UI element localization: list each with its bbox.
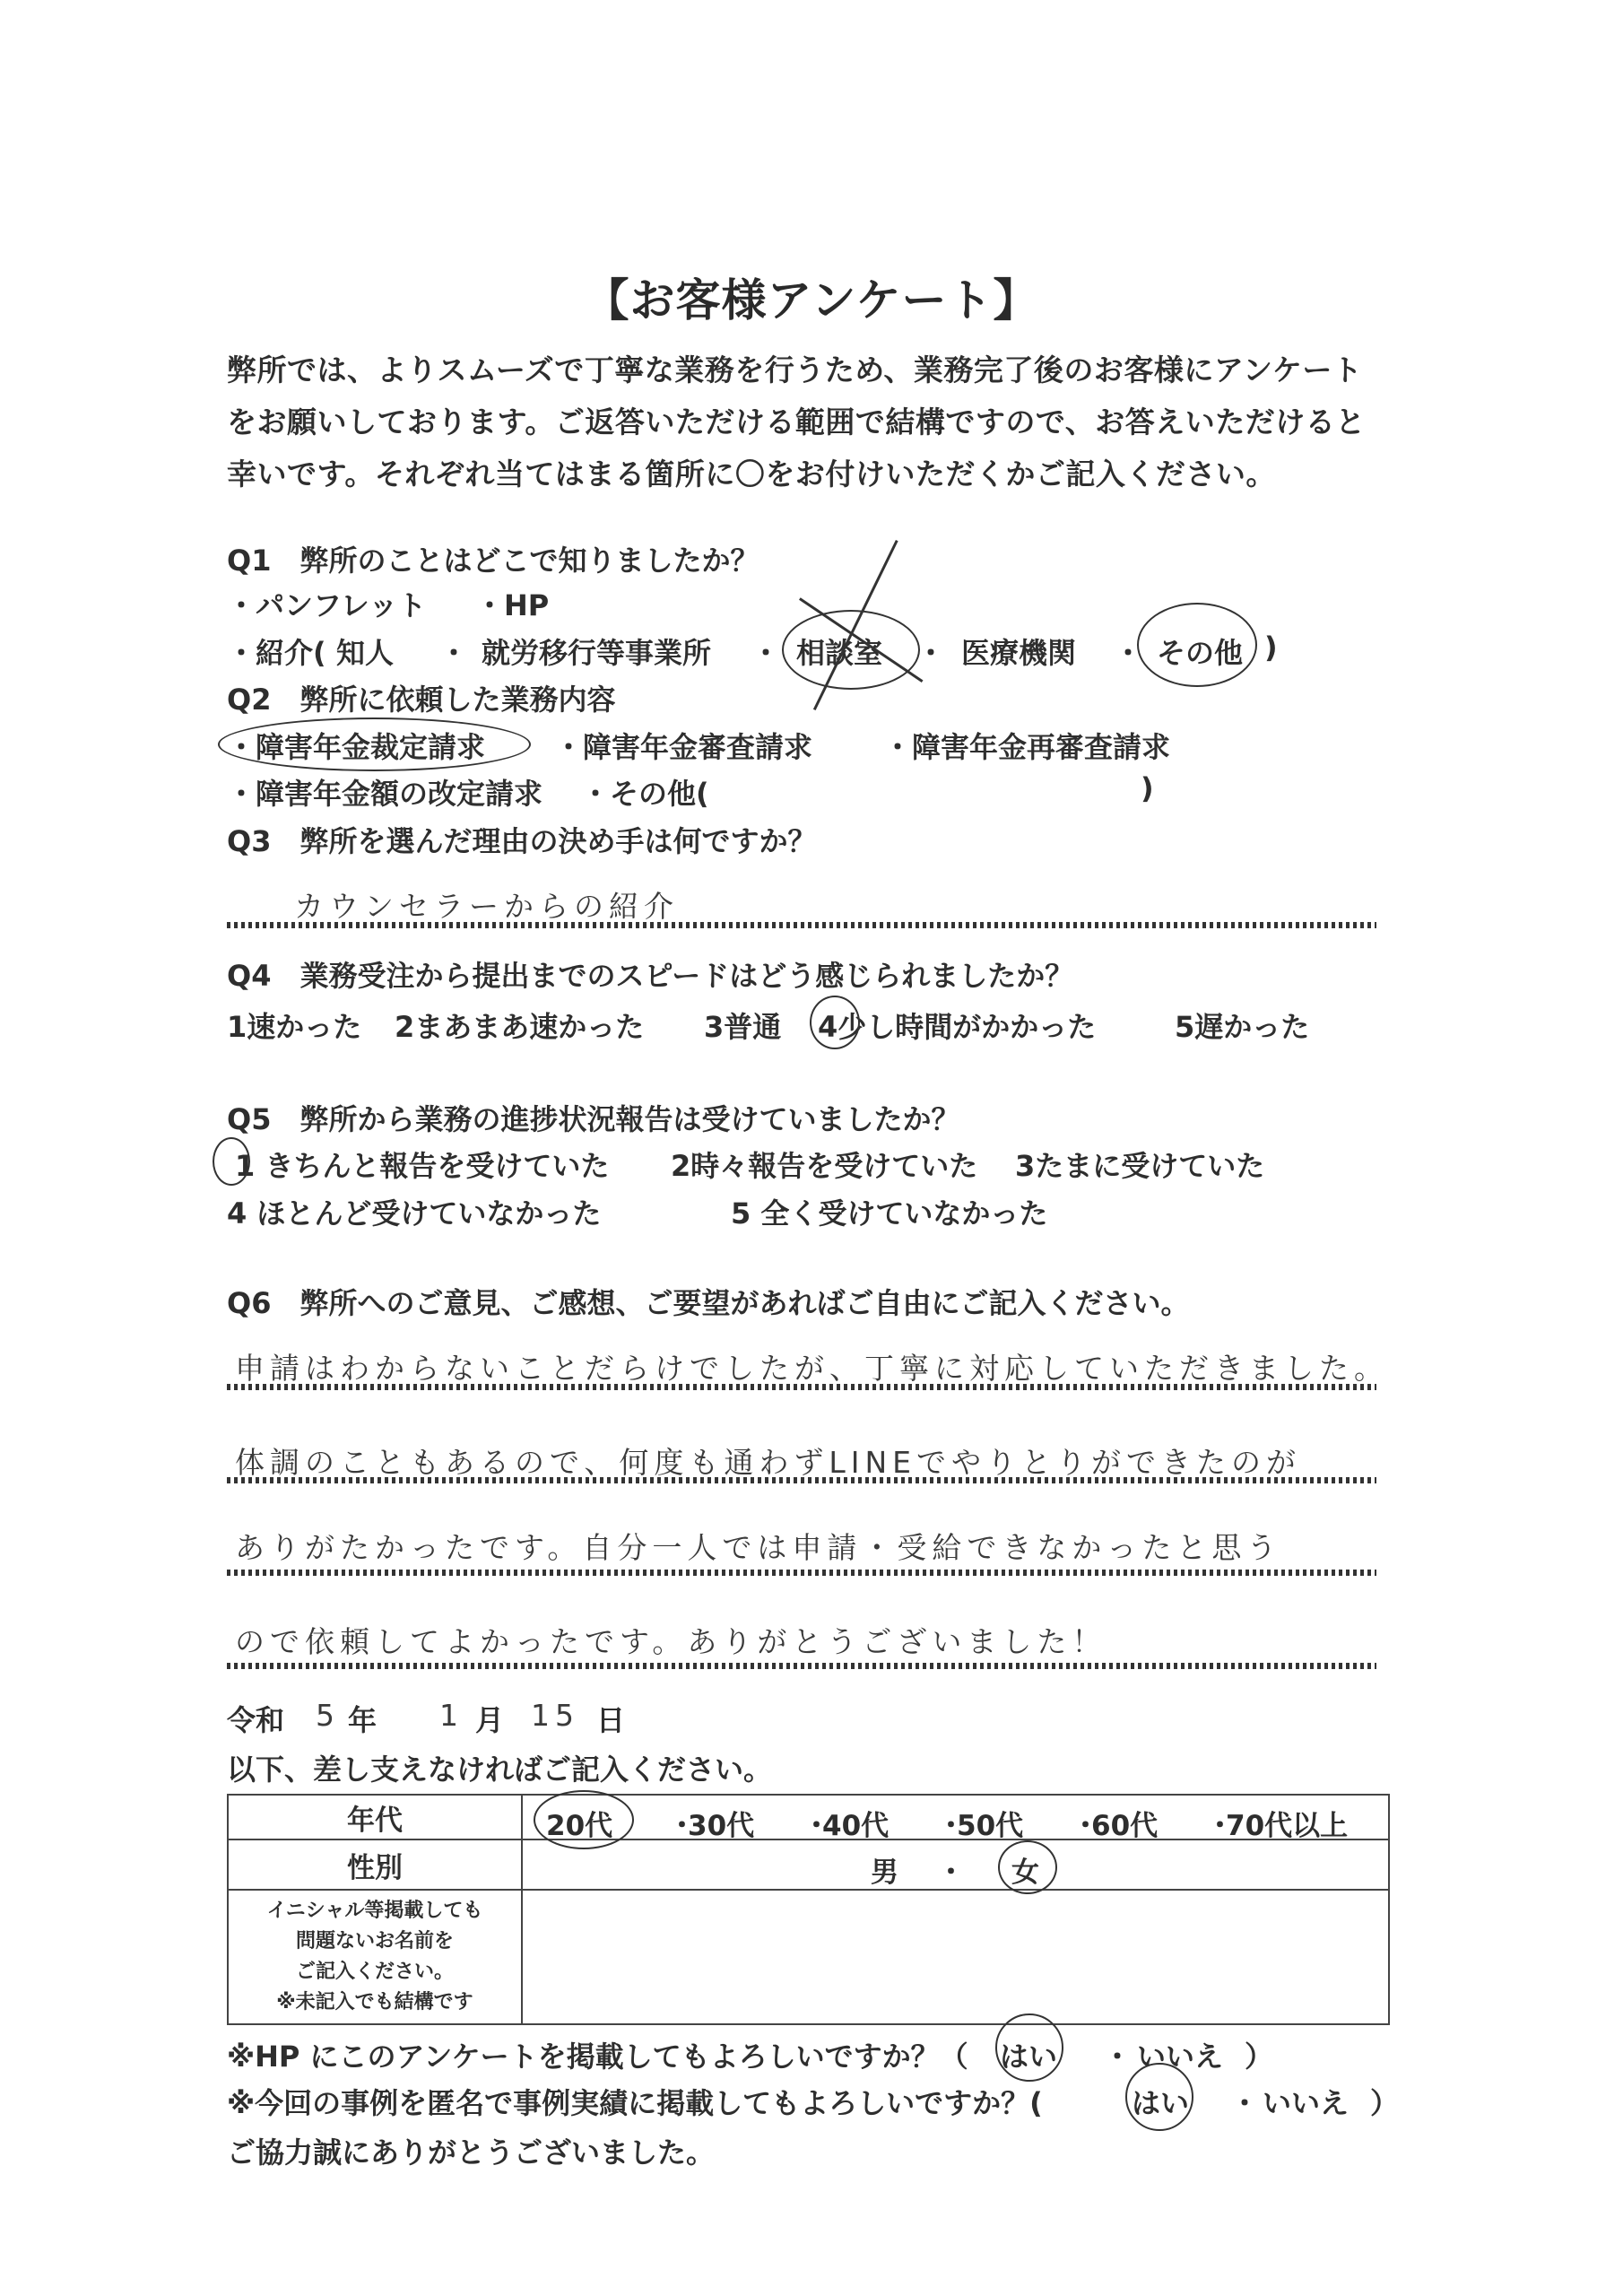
q1-option-hp[interactable]: ・HP xyxy=(475,583,549,624)
handwritten-circle-mark xyxy=(782,610,920,690)
handwritten-circle-mark xyxy=(218,717,531,771)
consent-case-question: ※今回の事例を匿名で事例実績に掲載してもよろしいですか？( xyxy=(227,2081,1043,2122)
intro-line-1: 弊所では、よりスムーズで丁寧な業務を行うため、業務完了後のお客様にアンケート xyxy=(227,347,1362,389)
q5-option-2[interactable]: 2時々報告を受けていた xyxy=(671,1144,977,1185)
date-month[interactable]: 1 xyxy=(439,1698,464,1733)
q5-option-3[interactable]: 3たまに受けていた xyxy=(1015,1144,1264,1185)
q1-option-pamphlet[interactable]: ・パンフレット xyxy=(227,583,426,624)
q4-option-2[interactable]: 2まあまあ速かった xyxy=(395,1004,644,1046)
q1-question: Q1 弊所のことはどこで知りましたか？ xyxy=(227,538,759,579)
q5-option-1[interactable]: 1 きちんと報告を受けていた xyxy=(235,1144,609,1185)
q1-option-employment-office[interactable]: 就労移行等事業所 xyxy=(482,631,711,672)
date-day-label: 日 xyxy=(596,1698,625,1739)
age-option-30s[interactable]: 30代 xyxy=(688,1803,754,1843)
name-field[interactable] xyxy=(522,1890,1389,2024)
q5-question: Q5 弊所から業務の進捗状況報告は受けていましたか？ xyxy=(227,1097,959,1138)
q1-option-acquaintance[interactable]: 知人 xyxy=(336,631,394,672)
optional-note: 以下、差し支えなければご記入ください。 xyxy=(227,1747,772,1788)
gender-label: 性別 xyxy=(228,1839,522,1890)
age-label: 年代 xyxy=(228,1795,522,1839)
q2-option-review-request[interactable]: ・障害年金審査請求 xyxy=(554,725,812,766)
handwritten-circle-mark xyxy=(810,996,860,1049)
dotted-answer-line xyxy=(227,922,1376,928)
handwritten-circle-mark xyxy=(995,2013,1063,2082)
q4-option-5[interactable]: 5遅かった xyxy=(1175,1004,1309,1046)
q1-referral-prefix: ・紹介( xyxy=(227,631,326,672)
survey-title: 【お客様アンケート】 xyxy=(0,265,1623,329)
closing-message: ご協力誠にありがとうございました。 xyxy=(227,2130,715,2171)
age-option-40s[interactable]: 40代 xyxy=(822,1803,889,1843)
q6-answer-line-3[interactable]: ありがたかったです。自分一人では申請・受給できなかったと思う xyxy=(235,1525,1281,1567)
dotted-answer-line xyxy=(227,1663,1376,1669)
respondent-info-table: 年代 20代 ・ 30代 ・ 40代 ・ 50代 ・ 60代 ・ 70代以上 性… xyxy=(227,1794,1390,2025)
separator: ・ xyxy=(1103,2034,1132,2075)
q6-answer-line-2[interactable]: 体調のこともあるので、何度も通わずLINEでやりとりができたのが xyxy=(235,1439,1301,1482)
age-option-50s[interactable]: 50代 xyxy=(957,1803,1023,1843)
age-option-70s-plus[interactable]: 70代以上 xyxy=(1226,1803,1348,1843)
q2-question: Q2 弊所に依頼した業務内容 xyxy=(227,677,615,718)
intro-line-2: をお願いしております。ご返答いただける範囲で結構ですので、お答えいただけると xyxy=(227,399,1366,441)
handwritten-circle-mark xyxy=(1137,603,1257,687)
date-era: 令和 xyxy=(227,1698,284,1739)
separator: ・ xyxy=(916,631,945,672)
q2-option-amount-revision[interactable]: ・障害年金額の改定請求 xyxy=(227,771,542,813)
consent-case-close: ） xyxy=(1370,2081,1399,2122)
q3-answer[interactable]: カウンセラーからの紹介 xyxy=(294,883,679,926)
date-day[interactable]: 15 xyxy=(531,1698,579,1733)
q1-option-medical[interactable]: 医療機関 xyxy=(961,631,1076,672)
q6-question: Q6 弊所へのご意見、ご感想、ご要望があればご自由にご記入ください。 xyxy=(227,1281,1189,1322)
consent-hp-question: ※HP にこのアンケートを掲載してもよろしいですか？（ xyxy=(227,2034,968,2075)
separator: ・ xyxy=(937,1849,965,1890)
separator: ・ xyxy=(439,631,468,672)
age-option-60s[interactable]: 60代 xyxy=(1091,1803,1158,1843)
handwritten-circle-mark xyxy=(213,1137,250,1186)
q2-other-close: ) xyxy=(1141,771,1154,805)
q1-referral-suffix: ) xyxy=(1264,631,1278,665)
dotted-answer-line xyxy=(227,1384,1376,1390)
q2-option-other[interactable]: ・その他( xyxy=(581,771,709,813)
q6-answer-line-1[interactable]: 申請はわからないことだらけでしたが、丁寧に対応していただきました。 xyxy=(235,1345,1389,1387)
q6-answer-line-4[interactable]: ので依頼してよかったです。ありがとうございました！ xyxy=(235,1619,1107,1661)
handwritten-circle-mark xyxy=(1125,2063,1193,2131)
consent-case-no[interactable]: いいえ xyxy=(1263,2081,1349,2122)
separator: ・ xyxy=(1230,2081,1259,2122)
date-year[interactable]: 5 xyxy=(316,1698,340,1733)
name-label: イニシャル等掲載しても 問題ないお名前を ご記入ください。 ※未記入でも結構です xyxy=(228,1890,522,2024)
intro-line-3: 幸いです。それぞれ当てはまる箇所に〇をお付けいただくかご記入ください。 xyxy=(227,451,1276,493)
q4-option-3[interactable]: 3普通 xyxy=(704,1004,781,1046)
date-year-label: 年 xyxy=(348,1698,377,1739)
q5-option-4[interactable]: 4 ほとんど受けていなかった xyxy=(227,1191,601,1232)
gender-options: 男 ・ 女 xyxy=(522,1839,1389,1890)
consent-hp-close: ） xyxy=(1245,2034,1273,2075)
dotted-answer-line xyxy=(227,1477,1376,1483)
q4-question: Q4 業務受注から提出までのスピードはどう感じられましたか？ xyxy=(227,953,1073,995)
handwritten-circle-mark xyxy=(998,1840,1057,1894)
age-options: 20代 ・ 30代 ・ 40代 ・ 50代 ・ 60代 ・ 70代以上 xyxy=(522,1795,1389,1839)
q3-question: Q3 弊所を選んだ理由の決め手は何ですか？ xyxy=(227,819,816,860)
date-month-label: 月 xyxy=(475,1698,504,1739)
q4-option-1[interactable]: 1速かった xyxy=(227,1004,361,1046)
q5-option-5[interactable]: 5 全く受けていなかった xyxy=(731,1191,1047,1232)
gender-option-male[interactable]: 男 xyxy=(871,1849,898,1890)
separator: ・ xyxy=(751,631,780,672)
q2-option-reexamination-request[interactable]: ・障害年金再審査請求 xyxy=(883,725,1170,766)
dotted-answer-line xyxy=(227,1570,1376,1576)
